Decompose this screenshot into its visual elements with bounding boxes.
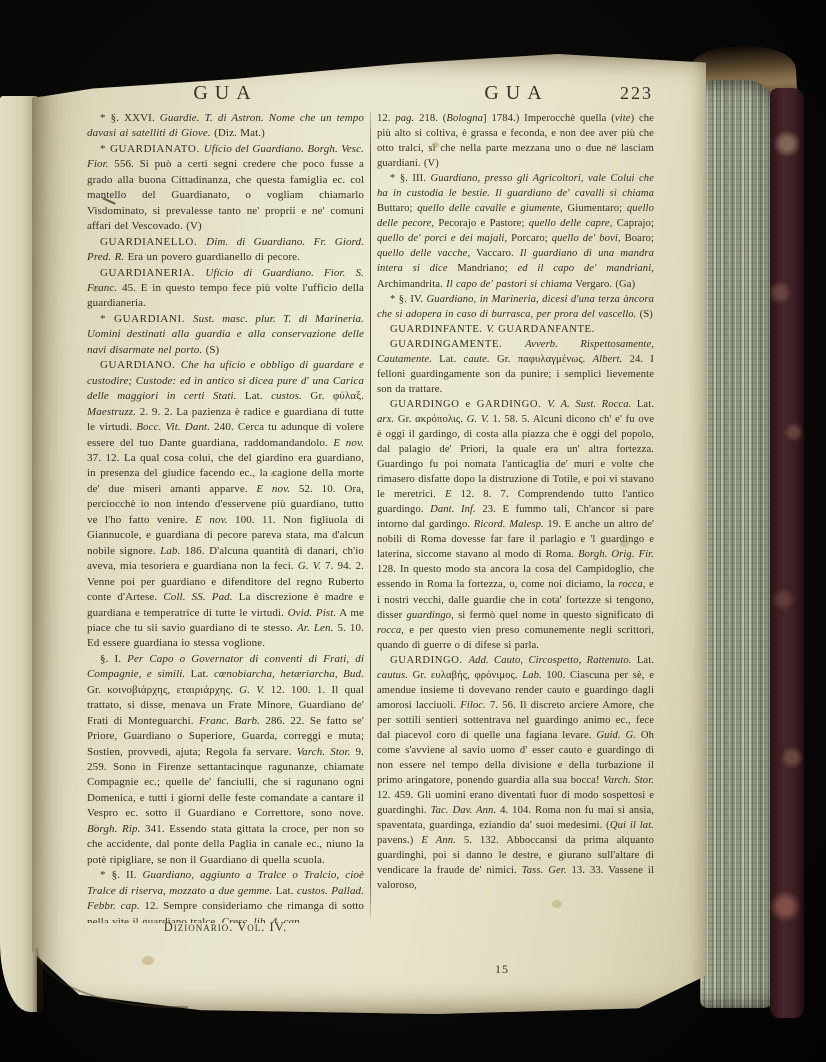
fore-edge-page-block <box>700 80 774 1008</box>
paragraph: GUARDIANO. Che ha ufício e obbligo di gu… <box>87 358 364 652</box>
paragraph: GUARDINGO e GARDINGO. V. A. Sust. Rocca.… <box>377 397 654 653</box>
paragraph: GUARDIANERIA. Ufício di Guardiano. Fior.… <box>87 266 364 312</box>
volume-footer: Dizionario. Vol. IV. <box>87 920 364 935</box>
running-title-left: GUA <box>193 82 257 104</box>
sheet-signature: 15 <box>452 962 552 977</box>
photo-background: GUA GUA 223 * §. XXVI. Guardie. T. di As… <box>0 0 826 1062</box>
paragraph: 12. pag. 218. (Bologna] 1784.) Imperocch… <box>377 111 654 171</box>
paragraph: * §. II. Guardiano, aggiunto a Tralce o … <box>87 868 364 923</box>
paragraph: GUARDINFANTE. V. GUARDANFANTE. <box>377 322 654 337</box>
foxing-spot <box>142 956 154 965</box>
paragraph: * §. IV. Guardiano, in Marineria, dicesi… <box>377 292 654 322</box>
column-divider <box>370 111 371 917</box>
text-column-right: 12. pag. 218. (Bologna] 1784.) Imperocch… <box>377 111 654 923</box>
page-number: 223 <box>620 83 653 104</box>
paragraph: GUARDINGO. Add. Cauto, Circospetto, Ratt… <box>377 653 654 894</box>
paragraph: GUARDINGAMENTE. Avverb. Rispettosamente,… <box>377 337 654 397</box>
cover-board <box>770 88 804 1018</box>
paragraph: GUARDIANELLO. Dim. di Guardiano. Fr. Gio… <box>87 235 364 266</box>
printed-area: GUA GUA 223 * §. XXVI. Guardie. T. di As… <box>32 54 706 1014</box>
text-area: * §. XXVI. Guardie. T. di Astron. Nome c… <box>87 111 655 923</box>
paragraph: §. I. Per Capo o Governator di conventi … <box>87 652 364 868</box>
paragraph: * §. XXVI. Guardie. T. di Astron. Nome c… <box>87 111 364 142</box>
paragraph: * GUARDIANATO. Ufício del Guardiano. Bor… <box>87 142 364 235</box>
header-right-cell: GUA 223 <box>378 82 655 105</box>
text-column-left: * §. XXVI. Guardie. T. di Astron. Nome c… <box>87 111 364 923</box>
running-title-right: GUA <box>484 82 548 104</box>
header-left-cell: GUA <box>87 82 364 105</box>
paragraph: * GUARDIANI. Sust. masc. plur. T. di Mar… <box>87 312 364 358</box>
page-header: GUA GUA 223 <box>87 82 655 105</box>
paragraph: * §. III. Guardiano, presso gli Agricolt… <box>377 171 654 291</box>
